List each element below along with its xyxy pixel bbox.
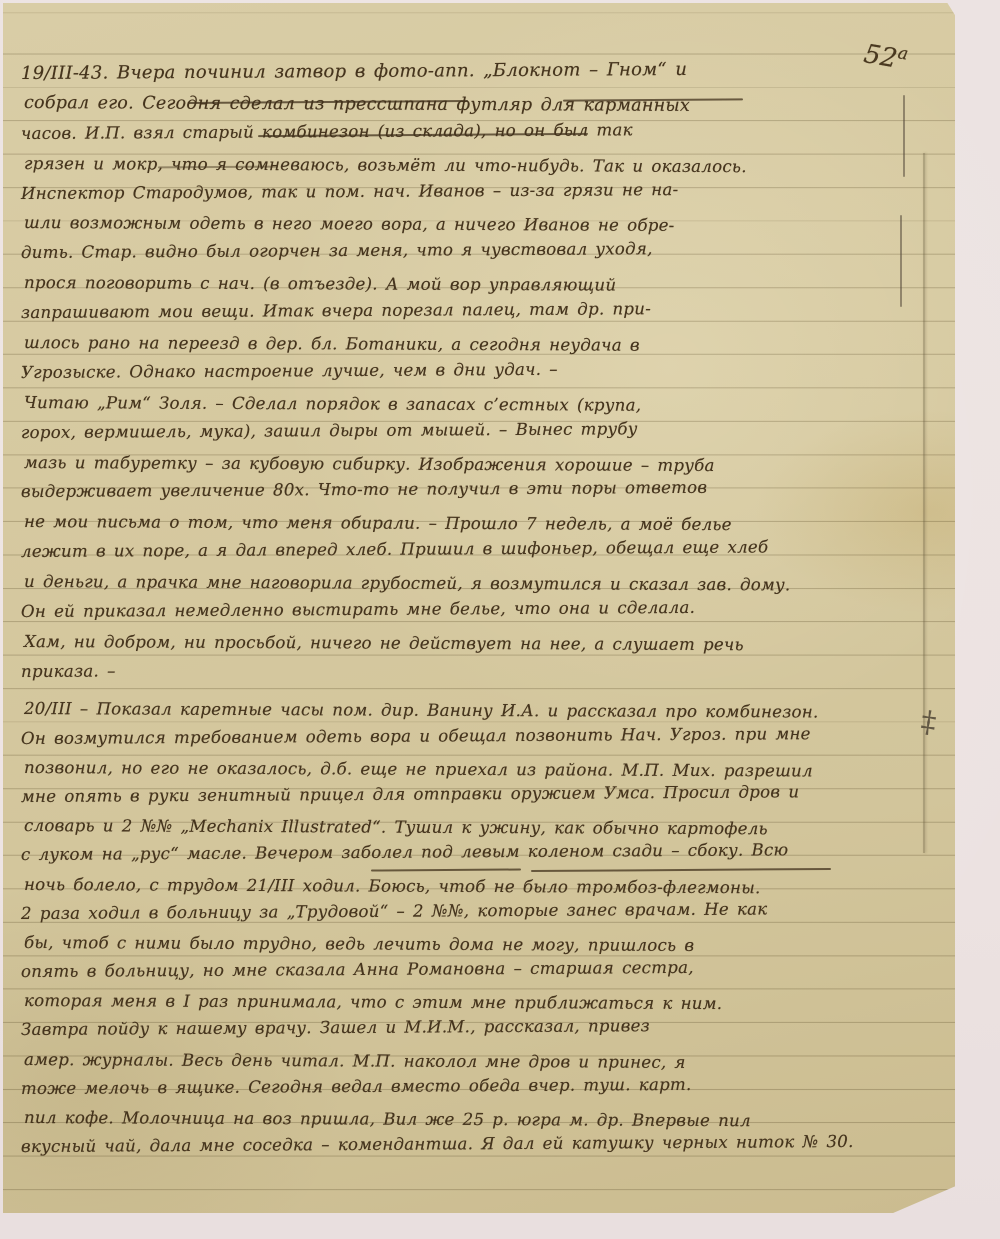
handwritten-line: с луком на „рус“ масле. Вечером заболел … [21, 835, 937, 870]
page-number-value: 52 [861, 39, 899, 74]
handwritten-line: Он возмутился требованием одеть вора и о… [21, 718, 937, 753]
diary-paper-sheet: 19/III-43. Вчера починил затвор в фото-а… [3, 3, 955, 1213]
handwritten-line: 2 раза ходил в больницу за „Трудовой“ – … [21, 893, 937, 928]
paper-crease [923, 153, 925, 853]
handwritten-line: лежит в их поре, а я дал вперед хлеб. Пр… [21, 532, 937, 567]
pencil-margin-mark [900, 215, 902, 307]
handwritten-line: тоже мелочь в ящике. Сегодня ведал вмест… [21, 1068, 937, 1103]
handwritten-line: выдерживает увеличение 80х. Что-то не по… [21, 472, 937, 507]
handwritten-line: запрашивают мои вещи. Итак вчера порезал… [21, 293, 937, 328]
handwritten-line: Угрозыске. Однако настроение лучше, чем … [21, 352, 937, 387]
handwritten-line: мне опять в руки зенитный прицел для отп… [21, 776, 937, 811]
handwritten-line: 19/III-43. Вчера починил затвор в фото-а… [21, 53, 937, 88]
handwritten-line: Он ей приказал немедленно выстирать мне … [21, 591, 937, 626]
handwritten-line: Инспектор Стародумов, так и пом. нач. Ив… [21, 173, 937, 208]
handwritten-line: Завтра пойду к нашему врачу. Зашел и М.И… [21, 1010, 937, 1045]
handwritten-line: горох, вермишель, мука), зашил дыры от м… [21, 412, 937, 447]
handwritten-line: приказа. – [21, 651, 937, 686]
handwritten-line: вкусный чай, дала мне соседка – комендан… [21, 1127, 937, 1162]
pencil-margin-mark [903, 95, 905, 177]
handwritten-line: часов. И.П. взял старый комбинезон (из с… [21, 113, 937, 148]
handwriting-block: 19/III-43. Вчера починил затвор в фото-а… [21, 59, 937, 1161]
handwritten-line: опять в больницу, но мне сказала Анна Ро… [21, 951, 937, 986]
handwritten-line: дить. Стар. видно был огорчен за меня, ч… [21, 233, 937, 268]
